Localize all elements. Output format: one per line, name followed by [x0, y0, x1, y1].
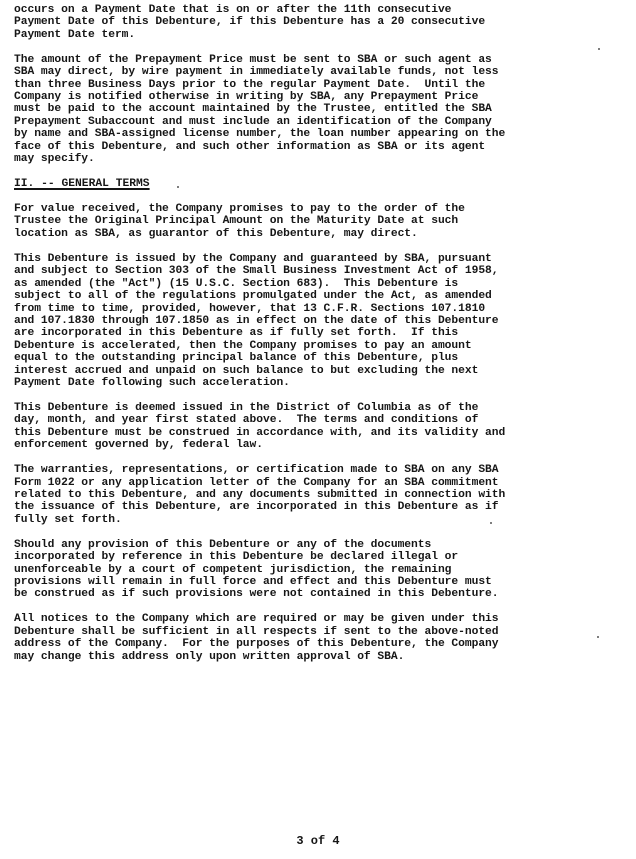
section-heading: II. -- GENERAL TERMS [14, 178, 626, 190]
scan-speck [597, 636, 599, 638]
paragraph: All notices to the Company which are req… [14, 613, 626, 663]
paragraph: occurs on a Payment Date that is on or a… [14, 4, 626, 41]
paragraph: Should any provision of this Debenture o… [14, 539, 626, 601]
paragraphs-after-heading: For value received, the Company promises… [14, 203, 626, 663]
paragraph: The amount of the Prepayment Price must … [14, 54, 626, 166]
page-number: 3 of 4 [0, 834, 636, 848]
paragraph: For value received, the Company promises… [14, 203, 626, 240]
paragraph: The warranties, representations, or cert… [14, 464, 626, 526]
document-page: occurs on a Payment Date that is on or a… [14, 4, 626, 676]
paragraph: This Debenture is issued by the Company … [14, 253, 626, 389]
paragraphs-before-heading: occurs on a Payment Date that is on or a… [14, 4, 626, 165]
paragraph: This Debenture is deemed issued in the D… [14, 402, 626, 452]
scan-speck [490, 522, 492, 524]
scan-speck [598, 48, 600, 50]
scan-speck [177, 186, 179, 188]
